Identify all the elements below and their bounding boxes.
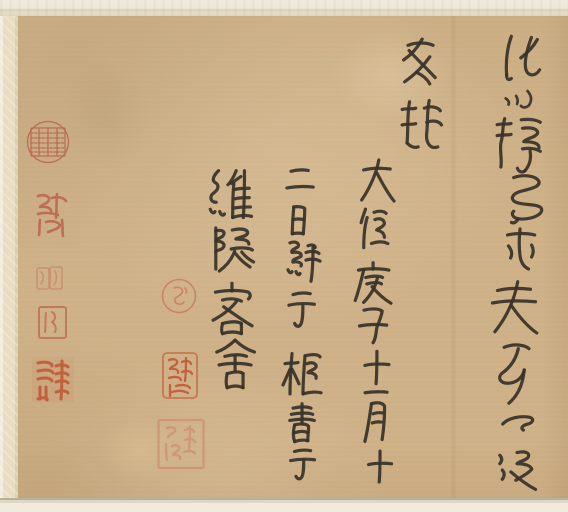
glyph-fu: [492, 282, 536, 333]
seal-square-relief: [38, 194, 66, 236]
glyph-yue: [365, 403, 385, 442]
seal-round-grid: [28, 122, 69, 163]
artwork-scroll-panel: [0, 0, 568, 512]
glyph-geng: [355, 263, 391, 303]
glyph-jin: [511, 176, 541, 223]
glyph-ri: [292, 207, 304, 234]
glyph-le: [507, 229, 534, 269]
glyph-ming: [503, 417, 533, 430]
seal-large-faded: [159, 420, 204, 468]
glyph-tian: [500, 345, 529, 403]
glyph-da: [362, 160, 394, 201]
glyph-zi: [359, 309, 386, 343]
glyph-wei: [210, 171, 251, 218]
glyph-shi2: [369, 451, 392, 482]
glyph-yang: [216, 228, 254, 271]
seal-rect-artist: [163, 353, 197, 398]
text-column-2: [402, 39, 441, 147]
glyph-yu2: [291, 450, 315, 479]
glyph-xi: [404, 39, 436, 84]
glyph-shu2: [290, 404, 315, 442]
glyph-shi: [365, 351, 389, 383]
glyph-shu: [283, 354, 321, 394]
text-column-5: [210, 171, 254, 388]
glyph-yi: [506, 91, 531, 107]
glyph-yi2: [402, 100, 441, 147]
text-column-3: [355, 160, 394, 482]
glyph-xian: [288, 242, 320, 281]
seal-small-paired: [37, 267, 62, 289]
seal-round-artist: [163, 280, 196, 313]
glyph-yi3: [365, 392, 387, 393]
calligraphy-overlay: [0, 0, 568, 512]
text-column-4: [283, 170, 321, 479]
text-column-1: [492, 36, 541, 489]
glyph-de: [361, 209, 388, 247]
seal-small-outline: [39, 307, 66, 338]
glyph-gui: [497, 119, 540, 172]
glyph-fu2: [500, 452, 536, 490]
glyph-hua: [506, 36, 539, 79]
glyph-er: [287, 170, 313, 188]
glyph-yu: [289, 293, 314, 326]
seal-square-intaglio: [32, 357, 74, 402]
glyph-she: [217, 340, 255, 388]
glyph-ke: [213, 283, 252, 333]
